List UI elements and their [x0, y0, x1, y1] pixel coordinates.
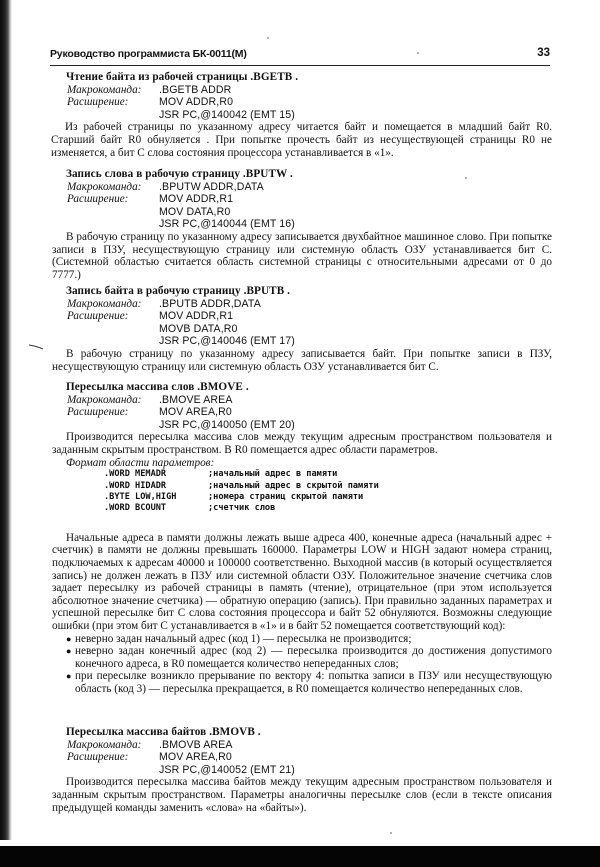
header-title: Руководство программиста БК-0011(М) — [50, 48, 247, 60]
expansion-line: JSR PC,@140044 (EMT 16) — [159, 218, 295, 231]
expansion-line: JSR PC,@140042 (EMT 15) — [159, 109, 295, 122]
page-number: 33 — [537, 47, 550, 59]
code-line: .WORD MEMADR;начальный адрес в памяти — [52, 469, 552, 480]
section-title: Запись байта в рабочую страницу .BPUTB . — [52, 285, 552, 298]
section-text: В рабочую страницу по указанному адресу … — [52, 348, 552, 373]
section-bmove: Пересылка массива слов .BMOVE . Макроком… — [52, 381, 552, 696]
scan-mark — [28, 344, 44, 350]
expansion-label: Расширение: — [52, 310, 159, 323]
macro-value: .BPUTB ADDR,DATA — [159, 298, 261, 311]
list-item: ●неверно задан конечный адрес (код 2) — … — [52, 645, 552, 670]
scan-speck — [390, 832, 392, 834]
section-title: Запись слова в рабочую страницу .BPUTW . — [52, 168, 552, 181]
macro-label: Макрокоманда: — [52, 394, 159, 407]
section-text: Производится пересылка массива байтов ме… — [52, 776, 552, 814]
scan-binding-shadow — [0, 0, 12, 840]
error-list: ●неверно задан начальный адрес (код 1) —… — [52, 633, 552, 696]
expansion-label: Расширение: — [52, 751, 159, 764]
expansion-line: JSR PC,@140046 (EMT 17) — [159, 335, 295, 348]
expansion-line: MOV ADDR,R1 — [159, 193, 233, 206]
running-header: Руководство программиста БК-0011(М) 33 — [50, 47, 550, 66]
macro-label: Макрокоманда: — [52, 84, 159, 97]
code-line: .WORD BCOUNT;счетчик слов — [52, 503, 552, 514]
macro-value: .BMOVB AREA — [159, 739, 233, 752]
section-text: Производится пересылка массива слов межд… — [52, 431, 552, 456]
macro-label: Макрокоманда: — [52, 181, 159, 194]
section-title: Пересылка массива байтов .BMOVB . — [52, 726, 552, 739]
section-bgetb: Чтение байта из рабочей страницы .BGETB … — [52, 71, 552, 159]
scan-speck — [465, 177, 467, 179]
expansion-line: MOV ADDR,R0 — [159, 96, 233, 109]
bullet-icon: ● — [66, 645, 75, 670]
bullet-icon: ● — [66, 670, 75, 695]
expansion-label: Расширение: — [52, 96, 159, 109]
expansion-line: JSR PC,@140050 (EMT 20) — [159, 419, 295, 432]
macro-label: Макрокоманда: — [52, 298, 159, 311]
macro-value: .BPUTW ADDR,DATA — [159, 181, 264, 194]
section-text: Начальные адреса в памяти должны лежать … — [52, 532, 552, 633]
scan-speck — [267, 37, 269, 39]
expansion-label: Расширение: — [52, 193, 159, 206]
list-item: ●неверно задан начальный адрес (код 1) —… — [52, 633, 552, 646]
section-bputw: Запись слова в рабочую страницу .BPUTW .… — [52, 168, 552, 281]
expansion-line: MOV ADDR,R1 — [159, 310, 233, 323]
expansion-line: MOVB DATA,R0 — [159, 323, 238, 336]
expansion-line: JSR PC,@140052 (EMT 21) — [159, 764, 295, 777]
format-label: Формат области параметров: — [52, 457, 552, 470]
code-line: .WORD HIDADR;начальный адрес в скрытой п… — [52, 481, 552, 492]
scan-bottom-edge — [0, 846, 600, 867]
code-line: .BYTE LOW,HIGH;номера страниц скрытой па… — [52, 492, 552, 503]
section-text: В рабочую страницу по указанному адресу … — [52, 231, 552, 281]
bullet-icon: ● — [66, 633, 75, 646]
macro-value: .BMOVE AREA — [159, 394, 233, 407]
section-bmovb: Пересылка массива байтов .BMOVB . Макрок… — [52, 726, 552, 814]
macro-value: .BGETB ADDR — [159, 84, 231, 97]
section-title: Пересылка массива слов .BMOVE . — [52, 381, 552, 394]
section-bputb: Запись байта в рабочую страницу .BPUTB .… — [52, 285, 552, 373]
section-text: Из рабочей страницы по указанному адресу… — [51, 121, 552, 159]
expansion-line: MOV AREA,R0 — [159, 751, 232, 764]
expansion-line: MOV DATA,R0 — [159, 206, 230, 219]
section-title: Чтение байта из рабочей страницы .BGETB … — [52, 71, 552, 84]
expansion-label: Расширение: — [52, 406, 159, 419]
scan-speck — [417, 52, 419, 54]
macro-label: Макрокоманда: — [52, 739, 159, 752]
parameter-format-block: .WORD MEMADR;начальный адрес в памяти .W… — [52, 469, 552, 515]
expansion-line: MOV AREA,R0 — [159, 406, 232, 419]
list-item: ●при пересылке возникло прерывание по ве… — [52, 670, 552, 695]
